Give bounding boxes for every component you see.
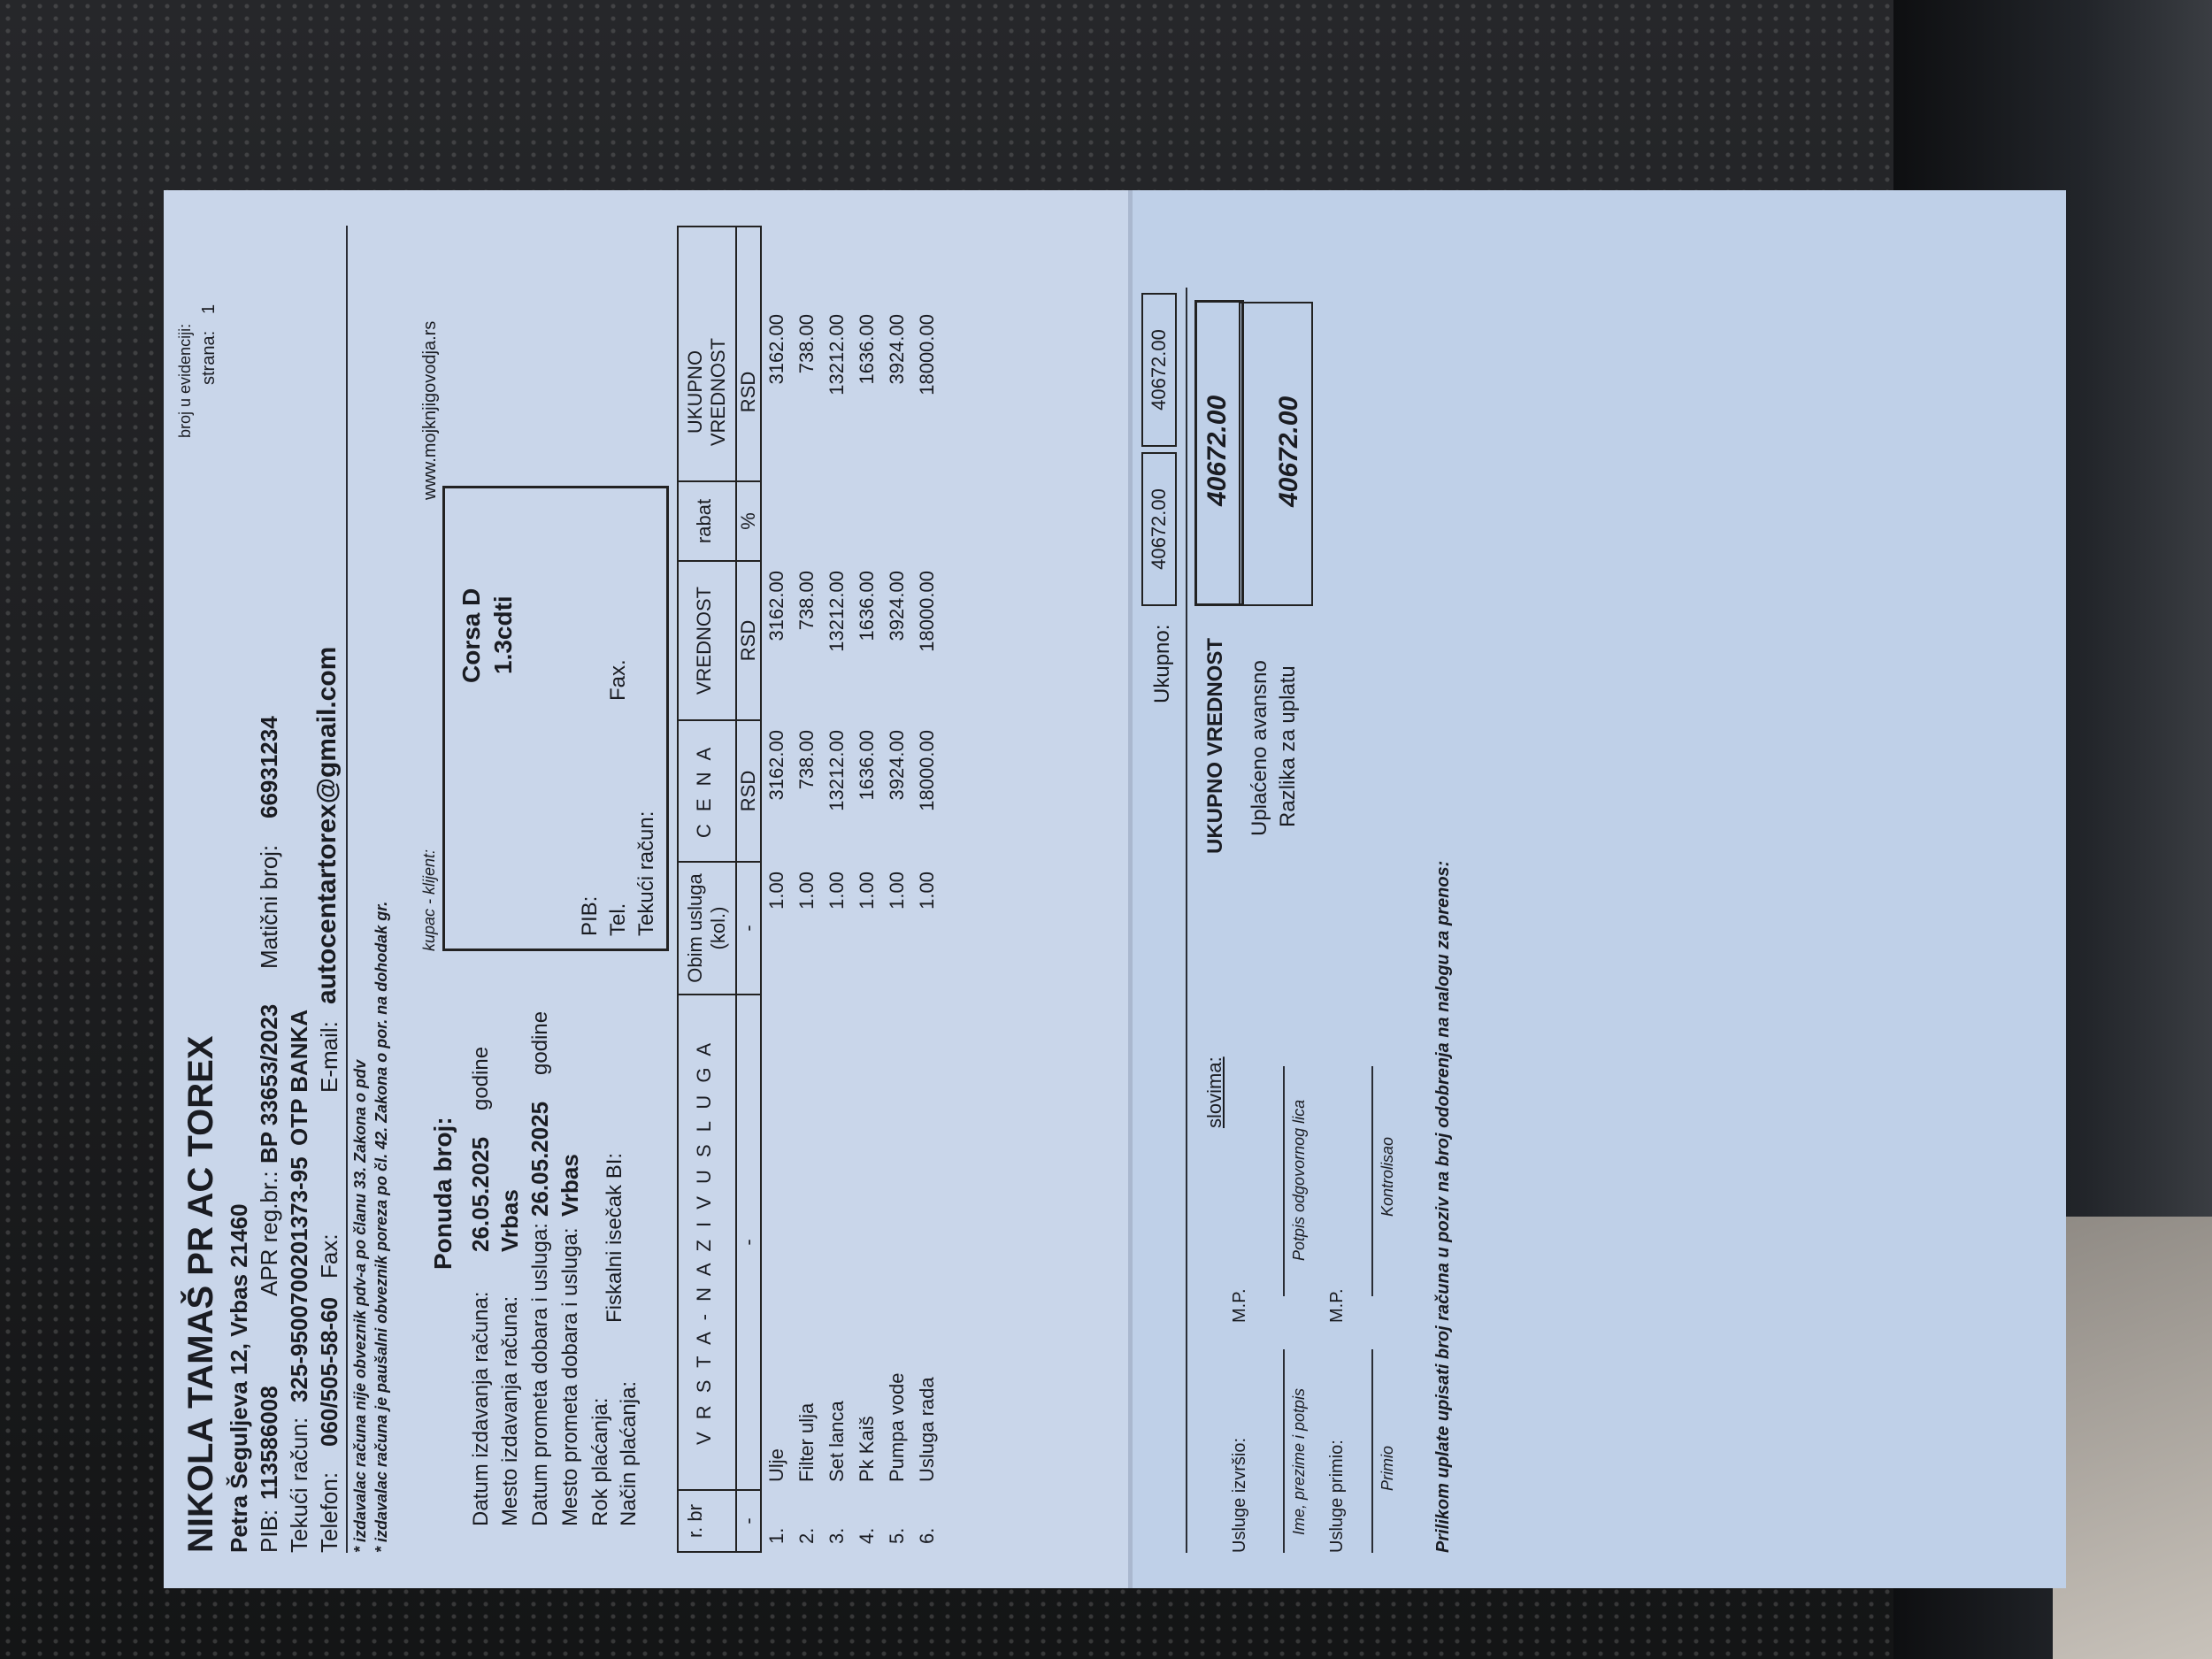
row-rabat bbox=[856, 482, 879, 562]
row-price: 738.00 bbox=[795, 721, 818, 863]
row-rabat bbox=[826, 482, 849, 562]
email-label: E-mail: bbox=[316, 1021, 343, 1093]
row-qty: 1.00 bbox=[795, 863, 818, 995]
totals-divider bbox=[1186, 288, 1187, 1553]
row-total: 738.00 bbox=[795, 305, 818, 482]
header-rbr: r. br bbox=[679, 1489, 735, 1551]
row-qty: 1.00 bbox=[826, 863, 849, 995]
footer-note: Prilikom uplate upisati broj računa u po… bbox=[1433, 861, 1454, 1553]
pib-value: 113586008 bbox=[256, 1386, 283, 1500]
row-qty: 1.00 bbox=[916, 863, 939, 995]
client-pib-label: PIB: bbox=[578, 896, 603, 936]
client-engine: 1.3cdti bbox=[489, 595, 518, 674]
sub-dash-1: - bbox=[737, 1489, 760, 1551]
telefon-label: Telefon: bbox=[316, 1472, 343, 1553]
note-pausal: * izdavalac računa je paušalni obveznik … bbox=[373, 902, 391, 1553]
sub-pct: % bbox=[737, 480, 760, 560]
invoice-paper: NIKOLA TAMAŠ PR AC TOREX Petra Šeguljeva… bbox=[164, 190, 2066, 1588]
apr-label: APR reg.br.: bbox=[256, 1171, 283, 1296]
row-value: 13212.00 bbox=[826, 562, 849, 721]
row-name: Set lanca bbox=[826, 995, 849, 1491]
ponuda-label: Ponuda broj: bbox=[429, 1117, 457, 1270]
ukupno-label: Ukupno: bbox=[1150, 625, 1175, 703]
sign-line-2 bbox=[1283, 1066, 1285, 1296]
header-cena: C E N A bbox=[679, 719, 735, 861]
row-number: 6. bbox=[916, 1491, 939, 1553]
floor-patch bbox=[2053, 1217, 2212, 1659]
row-rabat bbox=[765, 482, 788, 562]
row-total: 1636.00 bbox=[856, 305, 879, 482]
row-number: 1. bbox=[765, 1491, 788, 1553]
fax-label: Fax: bbox=[316, 1233, 343, 1279]
client-box: Corsa D 1.3cdti PIB: Tel. Fax. Tekući ra… bbox=[442, 486, 669, 951]
row-value: 1636.00 bbox=[856, 562, 879, 721]
ukupno-vrednost-box: 40672.00 bbox=[1194, 300, 1244, 606]
row-rabat bbox=[916, 482, 939, 562]
table-row: 6.Usluga rada1.0018000.0018000.0018000.0… bbox=[912, 226, 942, 1553]
row-qty: 1.00 bbox=[886, 863, 909, 995]
maticni-value: 66931234 bbox=[256, 716, 283, 818]
telefon-value: 060/505-58-60 bbox=[316, 1297, 343, 1447]
header-divider bbox=[346, 226, 348, 1553]
mesto-izdavanja-label: Mesto izdavanja računa: bbox=[498, 1296, 523, 1526]
nacin-label: Način plaćanja: bbox=[617, 1381, 641, 1526]
strana-label: strana: bbox=[199, 331, 219, 385]
row-name: Pumpa vode bbox=[886, 995, 909, 1491]
row-rabat bbox=[886, 482, 909, 562]
sub-rsd-2: RSD bbox=[737, 560, 760, 719]
tekuci-label: Tekući račun: bbox=[286, 1417, 313, 1553]
row-number: 2. bbox=[795, 1491, 818, 1553]
primio-label: Usluge primio: bbox=[1327, 1440, 1348, 1553]
sign-line-3 bbox=[1371, 1349, 1373, 1553]
client-fax-label: Fax. bbox=[606, 659, 631, 701]
pib-label: PIB: bbox=[256, 1509, 283, 1553]
mp-1: M.P. bbox=[1230, 1288, 1250, 1323]
table-body: 1.Ulje1.003162.003162.003162.002.Filter … bbox=[762, 226, 942, 1553]
client-tekuci-label: Tekući račun: bbox=[634, 811, 659, 936]
maticni-label: Matični broj: bbox=[256, 845, 283, 969]
apr-value: BP 33653/2023 bbox=[256, 1004, 283, 1164]
row-total: 3924.00 bbox=[886, 305, 909, 482]
potpis-label: Potpis odgovornog lica bbox=[1290, 1100, 1309, 1261]
razlika-box: 40672.00 bbox=[1239, 302, 1313, 606]
header-rabat: rabat bbox=[679, 480, 735, 560]
row-total: 3162.00 bbox=[765, 305, 788, 482]
table-header: r. br V R S T A - N A Z I V U S L U G A … bbox=[677, 226, 737, 1553]
header-vrednost: VREDNOST bbox=[679, 560, 735, 719]
row-name: Usluga rada bbox=[916, 995, 939, 1491]
uplaceno-label: Uplaćeno avansno bbox=[1248, 660, 1272, 836]
client-tel-label: Tel. bbox=[606, 903, 631, 936]
row-price: 3924.00 bbox=[886, 721, 909, 863]
godine-1: godine bbox=[469, 1047, 494, 1110]
row-number: 4. bbox=[856, 1491, 879, 1553]
mesto-prometa-label: Mesto prometa dobara i usluga: bbox=[558, 1227, 583, 1526]
godine-2: godine bbox=[528, 1011, 553, 1075]
row-name: Pk Kaiš bbox=[856, 995, 879, 1491]
datum-prometa-label: Datum prometa dobara i usluga: bbox=[528, 1223, 553, 1526]
website: www.mojknjigovodja.rs bbox=[420, 321, 441, 500]
client-title: kupac - klijent: bbox=[420, 849, 439, 951]
slovima-label: slovima: bbox=[1203, 1056, 1226, 1128]
ukupno-vrednost-label: UKUPNO VREDNOST bbox=[1203, 638, 1228, 854]
sub-dash-3: - bbox=[737, 861, 760, 994]
sub-rsd-1: RSD bbox=[737, 719, 760, 861]
table-row: 3.Set lanca1.0013212.0013212.0013212.00 bbox=[822, 226, 852, 1553]
row-price: 13212.00 bbox=[826, 721, 849, 863]
mesto-izdavanja: Vrbas bbox=[496, 1189, 524, 1252]
sub-dash-2: - bbox=[737, 994, 760, 1489]
row-number: 5. bbox=[886, 1491, 909, 1553]
client-car: Corsa D bbox=[457, 588, 486, 683]
ukupno-vrednost: 40672.00 bbox=[1202, 396, 1233, 506]
fiskalni-label: Fiskalni isečak BI: bbox=[603, 1153, 627, 1323]
invoice-bottom-half: Ukupno: 40672.00 40672.00 slovima: UKUPN… bbox=[1133, 190, 2066, 1588]
primio-sign-label: Primio bbox=[1379, 1446, 1397, 1491]
table-subheader: - - - RSD RSD % RSD bbox=[737, 226, 762, 1553]
row-price: 3162.00 bbox=[765, 721, 788, 863]
row-qty: 1.00 bbox=[765, 863, 788, 995]
table-row: 2.Filter ulja1.00738.00738.00738.00 bbox=[792, 226, 822, 1553]
evidencija-label: broj u evidenciji: bbox=[176, 324, 195, 438]
razlika-label: Razlika za uplatu bbox=[1276, 665, 1301, 827]
row-qty: 1.00 bbox=[856, 863, 879, 995]
datum-izdavanja: 26.05.2025 bbox=[467, 1137, 495, 1252]
mesto-prometa: Vrbas bbox=[557, 1154, 584, 1217]
row-value: 738.00 bbox=[795, 562, 818, 721]
rok-label: Rok plaćanja: bbox=[588, 1398, 613, 1526]
row-value: 3162.00 bbox=[765, 562, 788, 721]
ukupno-value: 40672.00 bbox=[1141, 452, 1177, 606]
ime-label: Ime, prezime i potpis bbox=[1290, 1388, 1309, 1535]
items-table: r. br V R S T A - N A Z I V U S L U G A … bbox=[677, 226, 942, 1553]
invoice: NIKOLA TAMAŠ PR AC TOREX Petra Šeguljeva… bbox=[164, 190, 2066, 1588]
row-name: Ulje bbox=[765, 995, 788, 1491]
header-obim: Obim usluga (kol.) bbox=[679, 861, 735, 994]
ukupno-total: 40672.00 bbox=[1141, 293, 1177, 447]
header-naziv: V R S T A - N A Z I V U S L U G A bbox=[679, 994, 735, 1489]
row-value: 18000.00 bbox=[916, 562, 939, 721]
note-pdv: * izdavalac računa nije obveznik pdv-a p… bbox=[351, 1060, 370, 1553]
sign-line-1 bbox=[1283, 1349, 1285, 1553]
row-price: 18000.00 bbox=[916, 721, 939, 863]
tekuci-value: 325-9500700201373-95 bbox=[286, 1156, 313, 1402]
datum-prometa: 26.05.2025 bbox=[526, 1102, 554, 1217]
kontrolisao-label: Kontrolisao bbox=[1379, 1137, 1397, 1217]
row-total: 18000.00 bbox=[916, 305, 939, 482]
company-name: NIKOLA TAMAŠ PR AC TOREX bbox=[181, 1036, 221, 1553]
mp-2: M.P. bbox=[1327, 1288, 1348, 1323]
header-ukupno: UKUPNO VREDNOST bbox=[679, 303, 735, 480]
table-row: 4.Pk Kaiš1.001636.001636.001636.00 bbox=[852, 226, 882, 1553]
datum-izdavanja-label: Datum izdavanja računa: bbox=[469, 1292, 494, 1526]
table-row: 1.Ulje1.003162.003162.003162.00 bbox=[762, 226, 792, 1553]
table-row: 5.Pumpa vode1.003924.003924.003924.00 bbox=[882, 226, 912, 1553]
company-address: Petra Šeguljeva 12, Vrbas 21460 bbox=[226, 1203, 253, 1553]
razlika-value: 40672.00 bbox=[1274, 396, 1304, 507]
sub-rsd-3: RSD bbox=[737, 303, 760, 480]
row-price: 1636.00 bbox=[856, 721, 879, 863]
sign-line-4 bbox=[1371, 1066, 1373, 1296]
row-name: Filter ulja bbox=[795, 995, 818, 1491]
strana-value: 1 bbox=[199, 304, 219, 314]
row-number: 3. bbox=[826, 1491, 849, 1553]
row-value: 3924.00 bbox=[886, 562, 909, 721]
row-rabat bbox=[795, 482, 818, 562]
email-value: autocentartorex@gmail.com bbox=[312, 647, 342, 1004]
bank-name: OTP BANKA bbox=[286, 1010, 313, 1146]
row-total: 13212.00 bbox=[826, 305, 849, 482]
izvrsio-label: Usluge izvršio: bbox=[1230, 1438, 1250, 1553]
